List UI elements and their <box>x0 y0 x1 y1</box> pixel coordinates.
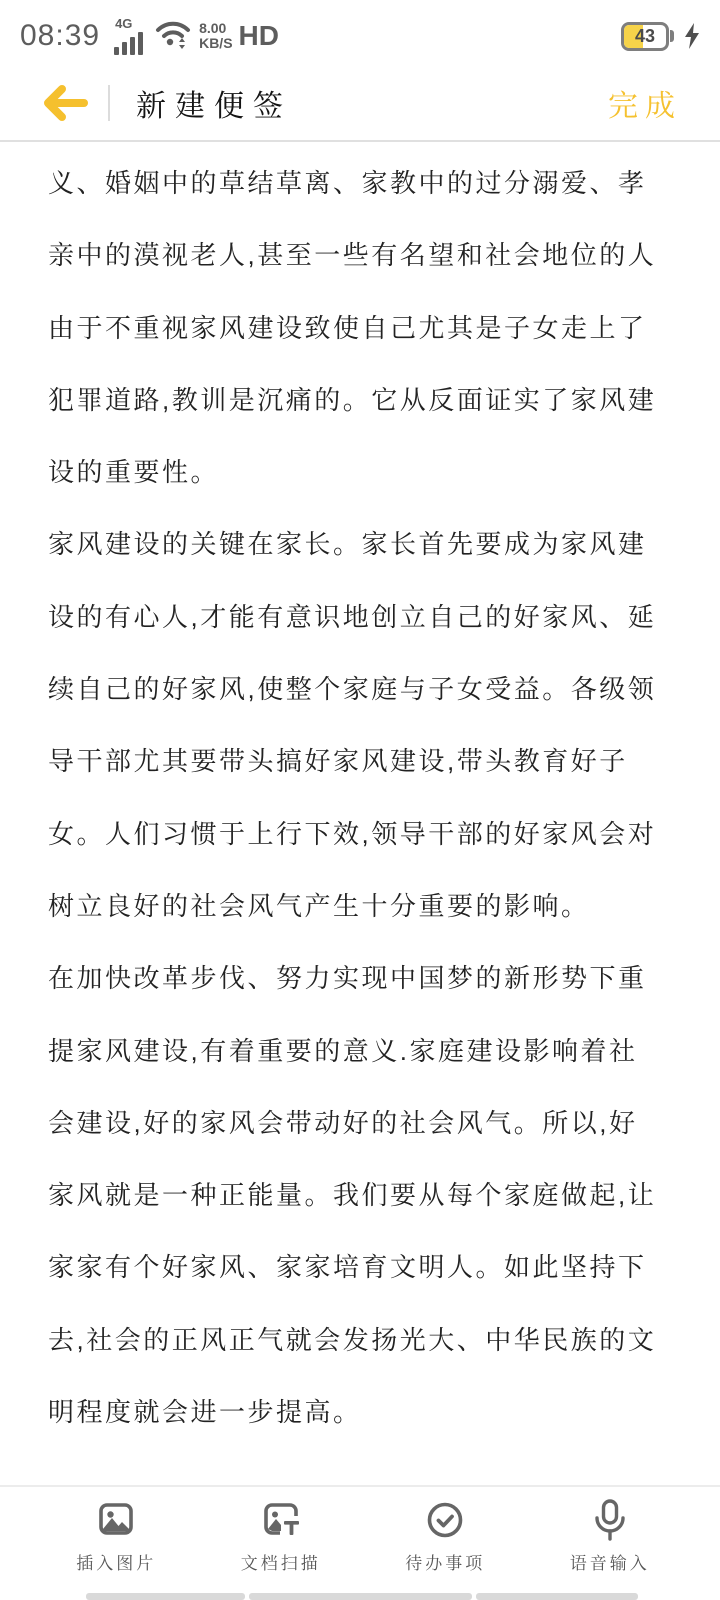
doc-scan-button[interactable]: 文档扫描 <box>199 1497 364 1600</box>
note-text-line[interactable]: 导干部尤其要带头搞好家风建设,带头教育好子 <box>48 725 668 797</box>
battery-percent-label: 43 <box>624 25 666 48</box>
status-bar: 08:39 4G 8.00 KB/S HD 43 <box>0 0 720 66</box>
voice-input-button[interactable]: 语音输入 <box>528 1497 693 1600</box>
note-text-line[interactable]: 家风建设的关键在家长。家长首先要成为家风建 <box>48 508 668 580</box>
note-text-line[interactable]: 明程度就会进一步提高。 <box>48 1376 668 1448</box>
header-divider <box>108 85 110 121</box>
charging-bolt-icon <box>684 23 700 49</box>
note-text-line[interactable]: 会建设,好的家风会带动好的社会风气。所以,好 <box>48 1087 668 1159</box>
insert-image-label: 插入图片 <box>76 1549 156 1574</box>
todo-label: 待办事项 <box>405 1549 485 1574</box>
network-speed: 8.00 KB/S <box>199 21 232 51</box>
signal-strength-bars <box>114 31 143 55</box>
todo-button[interactable]: 待办事项 <box>363 1497 528 1600</box>
keyboard-candidate-bars[interactable] <box>0 1592 720 1600</box>
voice-input-icon <box>593 1497 627 1543</box>
note-text-line[interactable]: 在加快改革步伐、努力实现中国梦的新形势下重 <box>48 942 668 1014</box>
note-text-line[interactable]: 家家有个好家风、家家培育文明人。如此坚持下 <box>48 1231 668 1303</box>
note-text-line[interactable]: 亲中的漠视老人,甚至一些有名望和社会地位的人 <box>48 219 668 291</box>
doc-scan-icon <box>261 1497 301 1543</box>
back-arrow-icon <box>42 85 88 121</box>
battery-nub <box>670 30 674 42</box>
clock: 08:39 <box>20 19 100 53</box>
note-text-line[interactable]: 设的重要性。 <box>48 436 668 508</box>
note-text-line[interactable]: 犯罪道路,教训是沉痛的。它从反面证实了家风建 <box>48 364 668 436</box>
note-text-line[interactable]: 由于不重视家风建设致使自己尤其是子女走上了 <box>48 292 668 364</box>
note-text-line[interactable]: 提家风建设,有着重要的意义.家庭建设影响着社 <box>48 1015 668 1087</box>
hd-voice-indicator: HD <box>239 20 279 52</box>
note-text-line[interactable]: 设的有心人,才能有意识地创立自己的好家风、延 <box>48 581 668 653</box>
signal-bars-icon: 4G <box>114 18 143 55</box>
note-header: 新建便签 完成 <box>0 66 720 140</box>
network-speed-value: 8.00 <box>199 21 232 36</box>
note-text-line[interactable]: 女。人们习惯于上行下效,领导干部的好家风会对 <box>48 798 668 870</box>
note-text-line[interactable]: 义、婚姻中的草结草离、家教中的过分溺爱、孝 <box>48 147 668 219</box>
insert-image-button[interactable]: 插入图片 <box>34 1497 199 1600</box>
note-text-line[interactable]: 家风就是一种正能量。我们要从每个家庭做起,让 <box>48 1159 668 1231</box>
battery-icon: 43 <box>621 22 669 51</box>
todo-check-icon <box>426 1497 464 1543</box>
network-speed-unit: KB/S <box>199 36 232 51</box>
note-text-line[interactable]: 续自己的好家风,使整个家庭与子女受益。各级领 <box>48 653 668 725</box>
wifi-icon <box>155 20 191 55</box>
page-title: 新建便签 <box>136 81 292 125</box>
note-text-area[interactable]: 义、婚姻中的草结草离、家教中的过分溺爱、孝 亲中的漠视老人,甚至一些有名望和社会… <box>0 142 720 1482</box>
back-button[interactable] <box>42 85 88 121</box>
note-app-screen: 08:39 4G 8.00 KB/S HD 43 <box>0 0 720 1600</box>
status-bar-right: 43 <box>621 22 700 51</box>
network-type-label: 4G <box>115 18 132 29</box>
insert-image-icon <box>96 1497 136 1543</box>
doc-scan-label: 文档扫描 <box>241 1549 321 1574</box>
bottom-toolbar: 插入图片 文档扫描 待办事项 <box>0 1485 720 1600</box>
voice-input-label: 语音输入 <box>570 1549 650 1574</box>
note-text-line[interactable]: 去,社会的正风正气就会发扬光大、中华民族的文 <box>48 1304 668 1376</box>
done-button[interactable]: 完成 <box>608 81 682 125</box>
note-text-line[interactable]: 树立良好的社会风气产生十分重要的影响。 <box>48 870 668 942</box>
